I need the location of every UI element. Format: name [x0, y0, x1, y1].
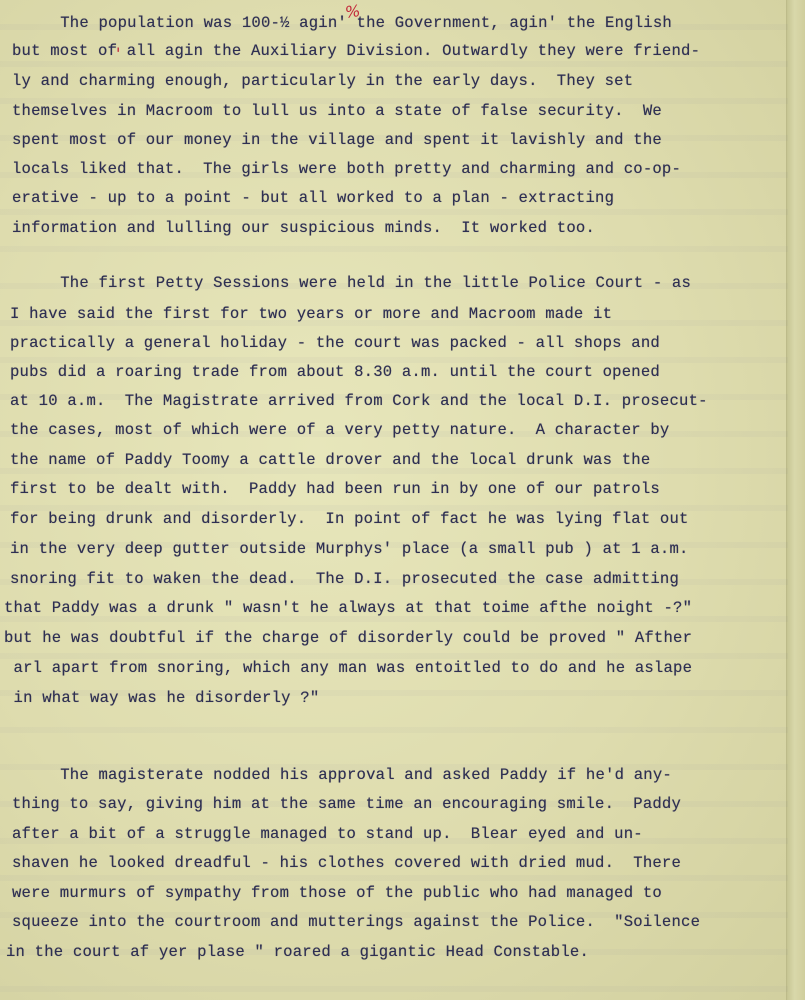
- text-line: The magisterate nodded his approval and …: [22, 766, 672, 784]
- red-percent-correction: %: [344, 1, 362, 22]
- text-line: that Paddy was a drunk " wasn't he alway…: [4, 599, 692, 617]
- text-line: first to be dealt with. Paddy had been r…: [10, 480, 660, 498]
- text-line: erative - up to a point - but all worked…: [12, 189, 614, 207]
- text-line: arl apart from snoring, which any man wa…: [4, 659, 692, 677]
- text-line: I have said the first for two years or m…: [10, 305, 612, 323]
- text-line: but he was doubtful if the charge of dis…: [4, 629, 692, 647]
- page-edge: [786, 0, 805, 1000]
- text-line: The first Petty Sessions were held in th…: [22, 274, 691, 292]
- text-line: in the very deep gutter outside Murphys'…: [10, 540, 689, 558]
- text-line: after a bit of a struggle managed to sta…: [12, 825, 643, 843]
- text-line: in the court af yer plase " roared a gig…: [6, 943, 589, 961]
- text-line: pubs did a roaring trade from about 8.30…: [10, 363, 660, 381]
- text-line: in what way was he disorderly ?": [4, 689, 319, 707]
- text-line: spent most of our money in the village a…: [12, 131, 662, 149]
- text-line: themselves in Macroom to lull us into a …: [12, 102, 662, 120]
- text-line: squeeze into the courtroom and muttering…: [12, 913, 700, 931]
- text-line: at 10 a.m. The Magistrate arrived from C…: [10, 392, 708, 410]
- text-line: practically a general holiday - the cour…: [10, 334, 660, 352]
- text-line: shaven he looked dreadful - his clothes …: [12, 854, 681, 872]
- text-line: for being drunk and disorderly. In point…: [10, 510, 689, 528]
- text-line: the name of Paddy Toomy a cattle drover …: [10, 451, 650, 469]
- text-line: were murmurs of sympathy from those of t…: [12, 884, 662, 902]
- text-line: locals liked that. The girls were both p…: [12, 160, 681, 178]
- typed-page: [0, 0, 788, 1000]
- text-line: thing to say, giving him at the same tim…: [12, 795, 681, 813]
- text-line: information and lulling our suspicious m…: [12, 219, 595, 237]
- red-apostrophe-correction: ': [116, 44, 120, 63]
- text-line: ly and charming enough, particularly in …: [12, 72, 633, 90]
- text-line: snoring fit to waken the dead. The D.I. …: [10, 570, 679, 588]
- text-line: the cases, most of which were of a very …: [10, 421, 670, 439]
